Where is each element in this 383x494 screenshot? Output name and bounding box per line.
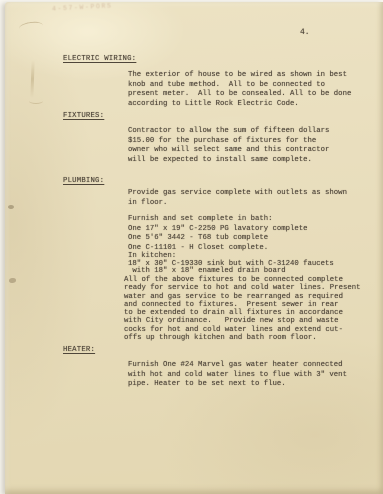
section-body-fixtures: Contractor to allow the sum of fifteen d… — [128, 127, 373, 165]
section-body-electric-wiring: The exterior of house to be wired as sho… — [128, 71, 373, 109]
plumbing-paragraph-connections: All of the above fixtures to be connecte… — [124, 276, 374, 342]
page-number: 4. — [300, 28, 310, 38]
section-body-heater: Furnish One #24 Marvel gas water heater … — [128, 361, 373, 390]
section-heading-electric-wiring: ELECTRIC WIRING: — [63, 55, 136, 65]
section-heading-heater: HEATER: — [63, 346, 95, 356]
plumbing-paragraph-gas-service: Provide gas service complete with outlet… — [128, 189, 373, 208]
scan-backdrop: 4-57-W-PORS 4. ELECTRIC WIRING: The exte… — [0, 0, 383, 494]
pencil-annotation: 4-57-W-PORS — [52, 2, 113, 12]
plumbing-paragraph-bath-fixtures: Furnish and set complete in bath: One 17… — [128, 215, 373, 253]
section-heading-plumbing: PLUMBING: — [63, 177, 104, 187]
text-layer: 4-57-W-PORS 4. ELECTRIC WIRING: The exte… — [0, 0, 383, 494]
plumbing-paragraph-kitchen-fixtures: In kitchen: 18" x 30" C-19330 sink but w… — [128, 253, 373, 276]
section-heading-fixtures: FIXTURES: — [63, 112, 104, 122]
